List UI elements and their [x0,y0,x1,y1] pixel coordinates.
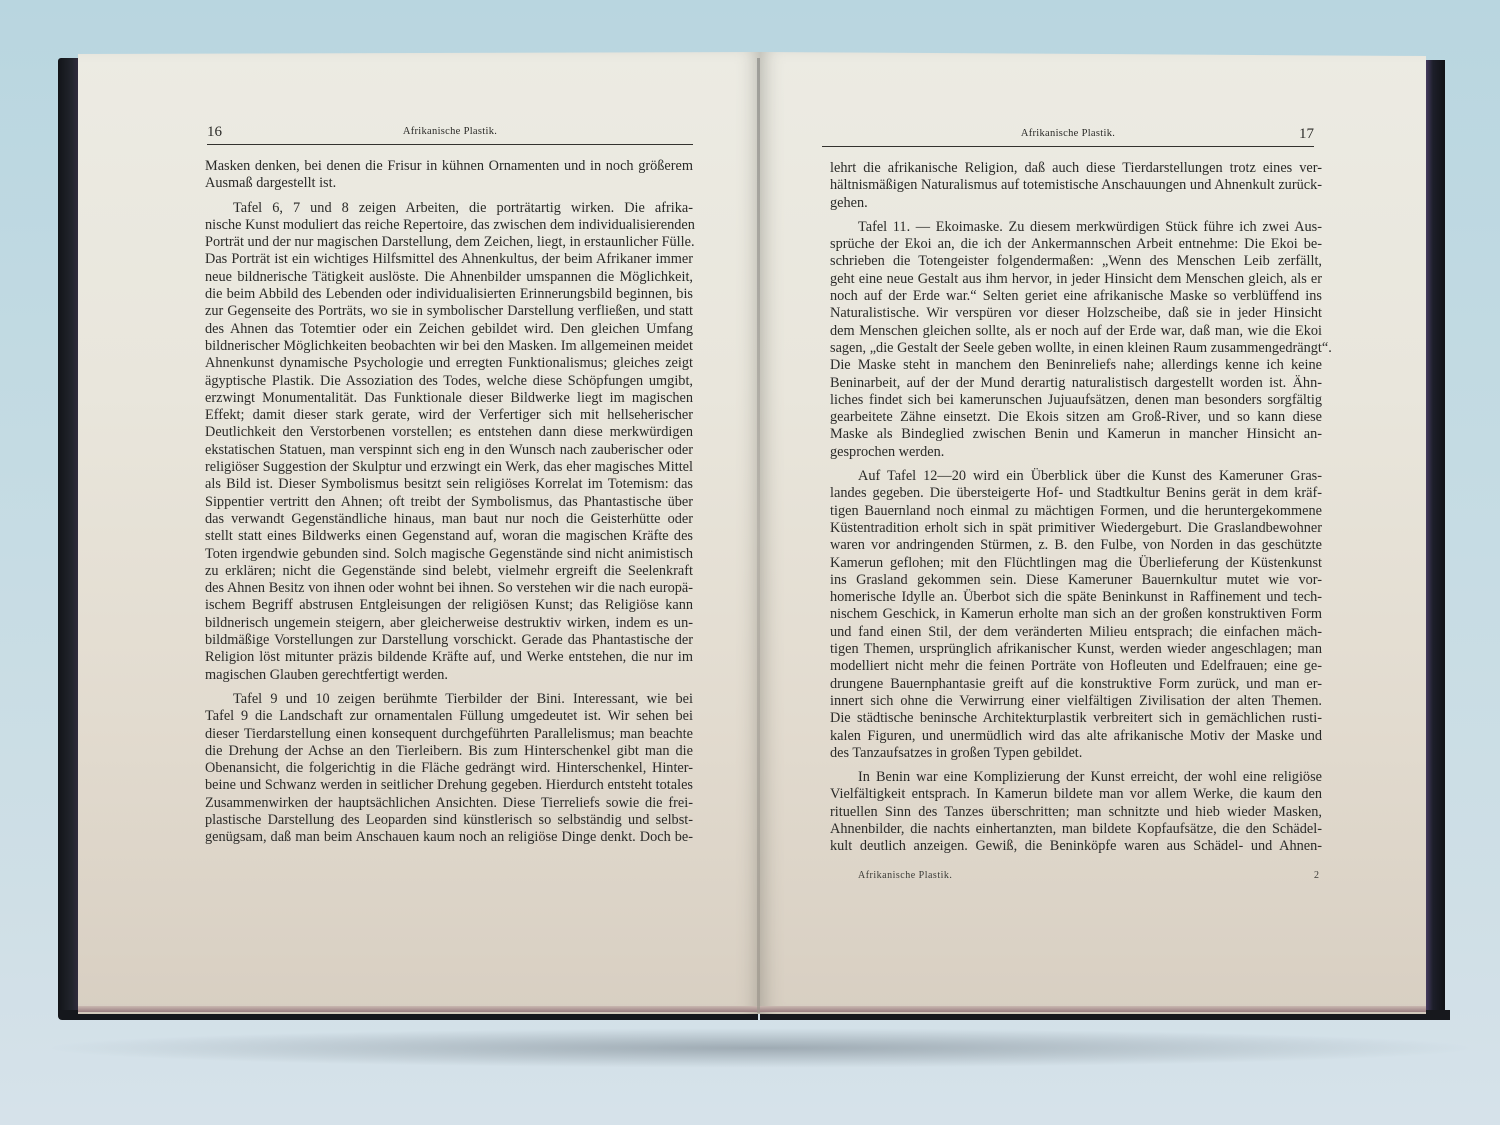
text-line: innert sich ohne die Verwirrung einer vi… [830,693,1322,710]
text-line: zu erklären; nicht die Gegenstände sind … [205,563,693,580]
text-line: Beninarbeit, auf der der Mund derartig n… [830,375,1322,392]
text-line: das verwandt Gegenständliche hinaus, man… [205,511,693,528]
text-line: beine und Schwanz werden in seitlicher D… [205,777,693,794]
text-line: genügsam, daß man beim Anschauen kaum no… [205,829,693,846]
text-line: rituellen Sinn des Tanzes überschritten;… [830,804,1322,821]
text-line: Tafel 6, 7 und 8 zeigen Arbeiten, die po… [205,200,693,217]
text-line: gehen. [830,195,1322,212]
text-line: Kamerun geflohen; mit den Flüchtlingen m… [830,555,1322,572]
text-line: ischem Begriff abstrusen Entgleisungen d… [205,597,693,614]
book-shadow [40,1028,1480,1068]
paragraph-gap [205,193,693,200]
text-line: plastische Darstellung des Leoparden sin… [205,812,693,829]
text-line: bildnerischer Möglichkeiten beobachten w… [205,338,693,355]
left-page-bottom-edge [78,1006,760,1012]
text-line: Tafel 9 und 10 zeigen berühmte Tierbilde… [205,691,693,708]
text-line: als Bild ist. Dieser Symbolismus besitzt… [205,476,693,493]
text-line: stellt statt eines Bildwerks einen Gegen… [205,528,693,545]
text-line: Masken denken, bei denen die Frisur in k… [205,158,693,175]
text-line: magischen Glauben gerechtfertigt werden. [205,667,693,684]
text-line: Deutlichkeit den Verstorbenen vorstellen… [205,424,693,441]
text-line: Naturalistische. Wir verspüren vor diese… [830,305,1322,322]
book-cover-right-edge [1425,60,1445,1020]
text-line: Porträt und der nur magischen Darstellun… [205,234,693,251]
text-line: zur Gegenseite des Porträts, wo sie in s… [205,303,693,320]
text-line: erzwingt Monumentalität. Das Funktionale… [205,390,693,407]
text-line: dem Menschen gleichen sollte, als er noc… [830,323,1322,340]
text-line: Sippentier vertritt den Ahnen; oft treib… [205,494,693,511]
text-line: Ahnenbilder, die nachts einhertanzten, m… [830,821,1322,838]
text-line: Auf Tafel 12—20 wird ein Überblick über … [830,468,1322,485]
text-line: Zusammenwirken der hauptsächlichen Ansic… [205,795,693,812]
text-line: Religion löst mitunter präzis bildende K… [205,649,693,666]
left-page-body-text: Masken denken, bei denen die Frisur in k… [205,158,693,847]
text-line: Vielfältigkeit entsprach. In Kamerun bil… [830,786,1322,803]
text-line: In Benin war eine Komplizierung der Kuns… [830,769,1322,786]
text-line: sagen, „die Gestalt der Seele geben woll… [830,340,1322,357]
text-line: homerische Idylle an. Überbot sich die s… [830,589,1322,606]
text-line: Maske als Bindeglied zwischen Benin und … [830,426,1322,443]
text-line: gearbeitete Zähne einsetzt. Die Ekois si… [830,409,1322,426]
text-line: ägyptische Plastik. Die Assoziation des … [205,373,693,390]
text-line: die beim Abbild des Lebenden oder indivi… [205,286,693,303]
text-line: sprüche der Ekoi an, die ich der Ankerma… [830,236,1322,253]
right-page-body-text: lehrt die afrikanische Religion, daß auc… [830,160,1322,856]
text-line: liches findet sich bei kamerunschen Juju… [830,392,1322,409]
text-line: des Ahnen Besitz von ihnen oder wohnt be… [205,580,693,597]
text-line: kult deutlich anzeigen. Gewiß, die Benin… [830,838,1322,855]
text-line: bildmäßige Vorstellungen zur Darstellung… [205,632,693,649]
text-line: des Ahnen das Totemtier oder ein Zeichen… [205,321,693,338]
right-running-head: Afrikanische Plastik. 17 [822,128,1314,147]
right-page-bottom-edge [760,1006,1426,1012]
book-gutter [757,58,760,1013]
text-line: bildnerisch ungemein steigern, aber glei… [205,615,693,632]
text-line: modelliert nicht mehr die feinen Porträt… [830,658,1322,675]
text-line: kalen Figuren, und unermüdlich wird das … [830,728,1322,745]
text-line: ins Grasland gekommen sein. Diese Kameru… [830,572,1322,589]
text-line: Ahnenkunst dynamische Psychologie und er… [205,355,693,372]
text-line: nischem Geschick, in Kamerun erholte man… [830,606,1322,623]
text-line: die Drehung der Achse an den Tierleibern… [205,743,693,760]
text-line: tigen Themen, ursprünglich afrikanischer… [830,641,1322,658]
paragraph-gap [830,461,1322,468]
text-line: hältnismäßigen Naturalismus auf totemist… [830,177,1322,194]
text-line: Tafel 11. — Ekoimaske. Zu diesem merkwür… [830,219,1322,236]
text-line: Küstentradition erholt sich in spät prim… [830,520,1322,537]
text-line: drungene Bauernphantasie greift auf die … [830,676,1322,693]
text-line: waren vor andringenden Stürmen, z. B. de… [830,537,1322,554]
paragraph-gap [830,212,1322,219]
left-running-head: 16 Afrikanische Plastik. [207,126,693,145]
text-line: geht eine neue Gestalt aus ihm hervor, i… [830,271,1322,288]
text-line: Obenansicht, die folgerichtig in die Flä… [205,760,693,777]
left-running-title: Afrikanische Plastik. [207,126,693,137]
text-line: tigen Bauernland noch einmal zu mächtige… [830,503,1322,520]
text-line: Die städtische beninsche Architekturplas… [830,710,1322,727]
paragraph-gap [205,684,693,691]
text-line: lehrt die afrikanische Religion, daß auc… [830,160,1322,177]
sheet-number: 2 [1314,870,1320,881]
right-page-number: 17 [1299,126,1314,143]
text-line: religiöser Suggestion der Skulptur und e… [205,459,693,476]
text-line: ekstatischen Statuen, man verspinnt sich… [205,442,693,459]
text-line: schrieben die Totengeister folgendermaße… [830,253,1322,270]
text-line: nische Kunst moduliert das reiche Repert… [205,217,693,234]
text-line: noch auf der Erde war.“ Selten geriet ei… [830,288,1322,305]
text-line: Das Porträt ist ein wichtiges Hilfsmitte… [205,251,693,268]
text-line: neue bildnerische Tätigkeit auslöste. Di… [205,269,693,286]
text-line: Toten irgendwie gebunden sind. Solch mag… [205,546,693,563]
text-line: des Tanzaufsatzes in großen Typen gebild… [830,745,1322,762]
text-line: Effekt; damit dieser stark gerate, wird … [205,407,693,424]
text-line: Ausmaß dargestellt ist. [205,175,693,192]
text-line: gesprochen werden. [830,444,1322,461]
signature-mark: Afrikanische Plastik. [858,870,952,881]
paragraph-gap [830,762,1322,769]
text-line: Tafel 9 die Landschaft zur ornamentalen … [205,708,693,725]
right-running-title: Afrikanische Plastik. [822,128,1314,139]
text-line: und fand einen Stil, der dem veränderten… [830,624,1322,641]
text-line: landes gegeben. Die übersteigerte Hof- u… [830,485,1322,502]
text-line: Die Maske steht in manchem den Beninreli… [830,357,1322,374]
text-line: dieser Tierdarstellung einen konsequent … [205,726,693,743]
